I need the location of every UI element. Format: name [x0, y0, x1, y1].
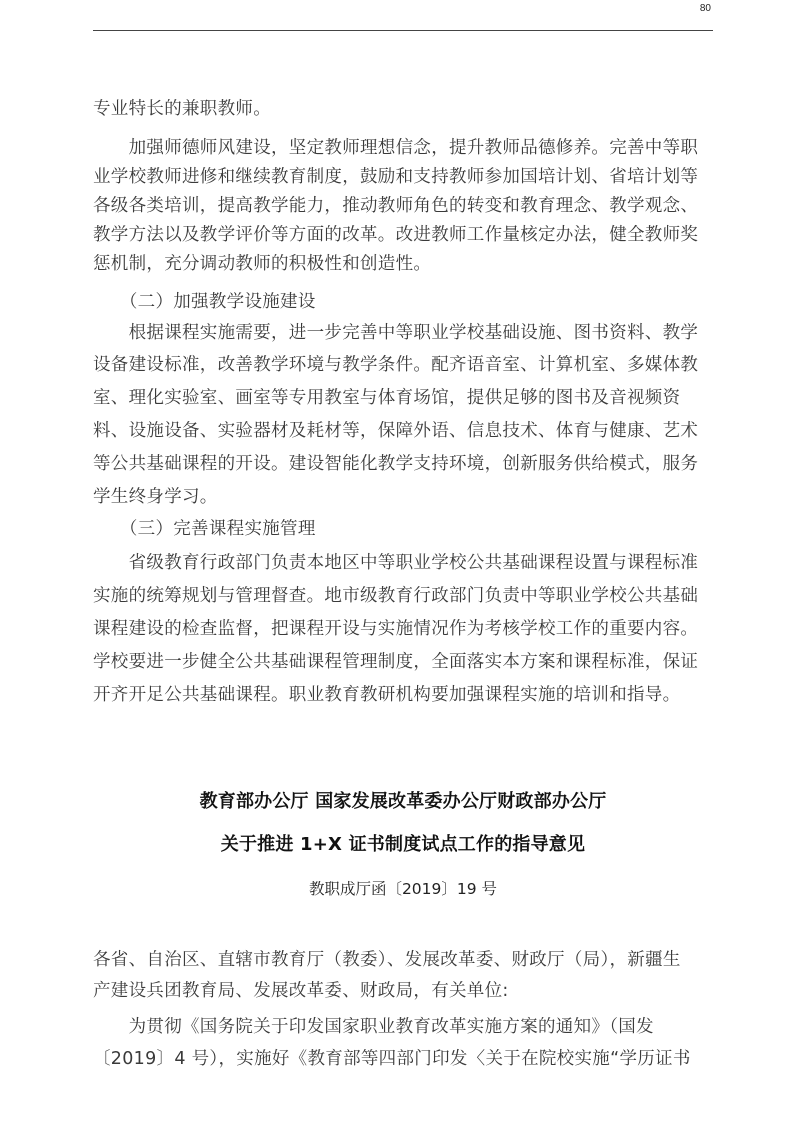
paragraph-line: 课程建设的检查监督，把课程开设与实施情况作为考核学校工作的重要内容。	[93, 614, 698, 644]
paragraph-line: 料、设施设备、实验器材及耗材等，保障外语、信息技术、体育与健康、艺术	[93, 416, 698, 446]
page-number: 80	[687, 3, 711, 14]
paragraph-line: 加强师德师风建设，坚定教师理想信念，提升教师品德修养。完善中等职	[93, 133, 698, 163]
paragraph-line: 业学校教师进修和继续教育制度，鼓励和支持教师参加国培计划、省培计划等	[93, 162, 698, 192]
notice-line: 为贯彻《国务院关于印发国家职业教育改革实施方案的通知》（国发	[93, 1012, 654, 1042]
paragraph-line: 学校要进一步健全公共基础课程管理制度，全面落实本方案和课程标准，保证	[93, 647, 698, 677]
paragraph-line: 开齐开足公共基础课程。职业教育教研机构要加强课程实施的培训和指导。	[93, 680, 680, 710]
paragraph-line: 省级教育行政部门负责本地区中等职业学校公共基础课程设置与课程标准	[93, 548, 698, 578]
section-heading: （二）加强教学设施建设	[93, 287, 316, 317]
notice-title-line2: 关于推进 1+X 证书制度试点工作的指导意见	[93, 830, 713, 856]
paragraph-line: 等公共基础课程的开设。建设智能化教学支持环境，创新服务供给模式，服务	[93, 449, 698, 479]
document-number: 教职成厅函〔2019〕19 号	[93, 877, 713, 899]
paragraph-line: 根据课程实施需要，进一步完善中等职业学校基础设施、图书资料、教学	[93, 318, 698, 348]
paragraph-line: 室、理化实验室、画室等专用教室与体育场馆，提供足够的图书及音视频资	[93, 383, 680, 413]
notice-line: 产建设兵团教育局、发展改革委、财政局，有关单位:	[93, 976, 509, 1006]
paragraph-line: 惩机制，充分调动教师的积极性和创造性。	[93, 249, 431, 279]
paragraph-line: 设备建设标准，改善教学环境与教学条件。配齐语音室、计算机室、多媒体教	[93, 350, 698, 380]
notice-line: 各省、自治区、直辖市教育厅（教委）、发展改革委、财政厅（局），新疆生	[93, 945, 681, 975]
paragraph-line: 学生终身学习。	[93, 482, 218, 512]
notice-title-line1: 教育部办公厅 国家发展改革委办公厅财政部办公厅	[93, 787, 713, 813]
notice-line: 〔2019〕4 号），实施好《教育部等四部门印发〈关于在院校实施“学历证书	[93, 1044, 691, 1074]
paragraph-line: 专业特长的兼职教师。	[93, 94, 271, 124]
paragraph-line: 实施的统筹规划与管理督查。地市级教育行政部门负责中等职业学校公共基础	[93, 581, 698, 611]
header-divider	[93, 30, 713, 31]
section-heading: （三）完善课程实施管理	[93, 514, 316, 544]
paragraph-line: 教学方法以及教学评价等方面的改革。改进教师工作量核定办法，健全教师奖	[93, 220, 698, 250]
paragraph-line: 各级各类培训，提高教学能力，推动教师角色的转变和教育理念、教学观念、	[93, 191, 698, 221]
